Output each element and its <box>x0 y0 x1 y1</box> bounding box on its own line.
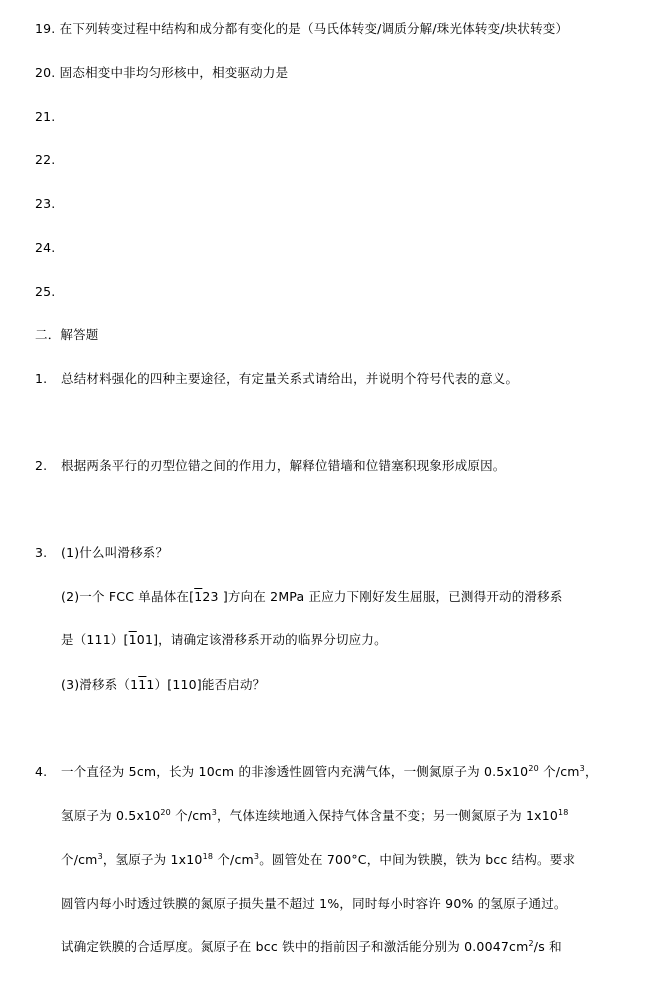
item-text: 固态相变中非均匀形核中，相变驱动力是 <box>60 65 289 80</box>
text-segment: ，氢原子为 1x10 <box>103 852 203 867</box>
item-number: 24. <box>35 240 55 255</box>
question-number: 2. <box>35 458 61 474</box>
question-4-line-2: 氢原子为 0.5x1020 个/cm3，气体连续地通入保持气体含量不变；另一侧氮… <box>61 808 569 824</box>
question-3-part-2: (2)一个 FCC 单晶体在[123 ]方向在 2MPa 正应力下刚好发生屈服，… <box>61 589 563 605</box>
item-number: 21. <box>35 109 55 124</box>
item-number: 23. <box>35 196 55 211</box>
text-segment: 。圆管处在 700°C，中间为铁膜，铁为 bcc 结构。要求 <box>259 852 575 867</box>
text-segment: 试确定铁膜的合适厚度。氮原子在 bcc 铁中的指前因子和激活能分别为 0.004… <box>61 939 529 954</box>
question-number: 1. <box>35 371 61 387</box>
question-4-line-3: 个/cm3，氢原子为 1x1018 个/cm3。圆管处在 700°C，中间为铁膜… <box>61 852 575 868</box>
question-number: 3. <box>35 545 61 561</box>
item-number: 25. <box>35 284 55 299</box>
question-1: 1.总结材料强化的四种主要途径，有定量关系式请给出，并说明个符号代表的意义。 <box>35 371 518 387</box>
text-segment: 01]，请确定该滑移系开动的临界分切应力。 <box>137 632 387 647</box>
text-segment: 一个直径为 5cm，长为 10cm 的非渗透性圆管内充满气体，一侧氮原子为 0.… <box>61 764 528 779</box>
text-segment: (2)一个 FCC 单晶体在[ <box>61 589 194 604</box>
text-segment: 23 ]方向在 2MPa 正应力下刚好发生屈服，已测得开动的滑移系 <box>202 589 562 604</box>
question-3-part-3: (3)滑移系（111）[110]能否启动？ <box>61 677 265 693</box>
fill-in-item-21: 21. <box>35 109 55 125</box>
fill-in-item-25: 25. <box>35 284 55 300</box>
text-segment: 氢原子为 0.5x10 <box>61 808 160 823</box>
text-segment: 1）[110]能否启动？ <box>146 677 265 692</box>
text-segment: 圆管内每小时透过铁膜的氮原子损失量不超过 1%，同时每小时容许 90% 的氢原子… <box>61 896 567 911</box>
overbar-index: 1 <box>129 632 137 647</box>
text-segment: (3)滑移系（1 <box>61 677 138 692</box>
question-4-line-5: 试确定铁膜的合适厚度。氮原子在 bcc 铁中的指前因子和激活能分别为 0.004… <box>61 939 562 955</box>
text-segment: ， <box>585 764 598 779</box>
question-number: 4. <box>35 764 61 780</box>
question-text: (1)什么叫滑移系？ <box>61 545 168 560</box>
text-segment: 个/cm <box>539 764 580 779</box>
text-segment: 个/cm <box>213 852 254 867</box>
superscript: 18 <box>558 808 569 817</box>
text-segment: /s 和 <box>534 939 562 954</box>
fill-in-item-20: 20. 固态相变中非均匀形核中，相变驱动力是 <box>35 65 288 81</box>
superscript: 18 <box>203 852 214 861</box>
text-segment: 是（111）[ <box>61 632 129 647</box>
superscript: 20 <box>160 808 171 817</box>
question-4-line-1: 4.一个直径为 5cm，长为 10cm 的非渗透性圆管内充满气体，一侧氮原子为 … <box>35 764 598 780</box>
item-number: 22. <box>35 152 55 167</box>
fill-in-item-22: 22. <box>35 152 55 168</box>
question-3-part-1: 3.(1)什么叫滑移系？ <box>35 545 168 561</box>
fill-in-item-19: 19. 在下列转变过程中结构和成分都有变化的是（马氏体转变/调质分解/珠光体转变… <box>35 21 568 37</box>
item-text: 在下列转变过程中结构和成分都有变化的是（马氏体转变/调质分解/珠光体转变/块状转… <box>60 21 569 36</box>
item-number: 19. <box>35 21 55 36</box>
question-text: 根据两条平行的刃型位错之间的作用力，解释位错墙和位错塞积现象形成原因。 <box>61 458 506 473</box>
text-segment: 个/cm <box>61 852 98 867</box>
item-number: 20. <box>35 65 55 80</box>
question-3-part-2-cont: 是（111）[101]，请确定该滑移系开动的临界分切应力。 <box>61 632 387 648</box>
fill-in-item-23: 23. <box>35 196 55 212</box>
text-segment: 个/cm <box>171 808 212 823</box>
question-4-line-4: 圆管内每小时透过铁膜的氮原子损失量不超过 1%，同时每小时容许 90% 的氢原子… <box>61 896 567 912</box>
question-2: 2.根据两条平行的刃型位错之间的作用力，解释位错墙和位错塞积现象形成原因。 <box>35 458 506 474</box>
text-segment: ，气体连续地通入保持气体含量不变；另一侧氮原子为 1x10 <box>217 808 558 823</box>
section-title: 二．解答题 <box>35 327 99 343</box>
superscript: 20 <box>528 764 539 773</box>
question-text: 总结材料强化的四种主要途径，有定量关系式请给出，并说明个符号代表的意义。 <box>61 371 518 386</box>
fill-in-item-24: 24. <box>35 240 55 256</box>
